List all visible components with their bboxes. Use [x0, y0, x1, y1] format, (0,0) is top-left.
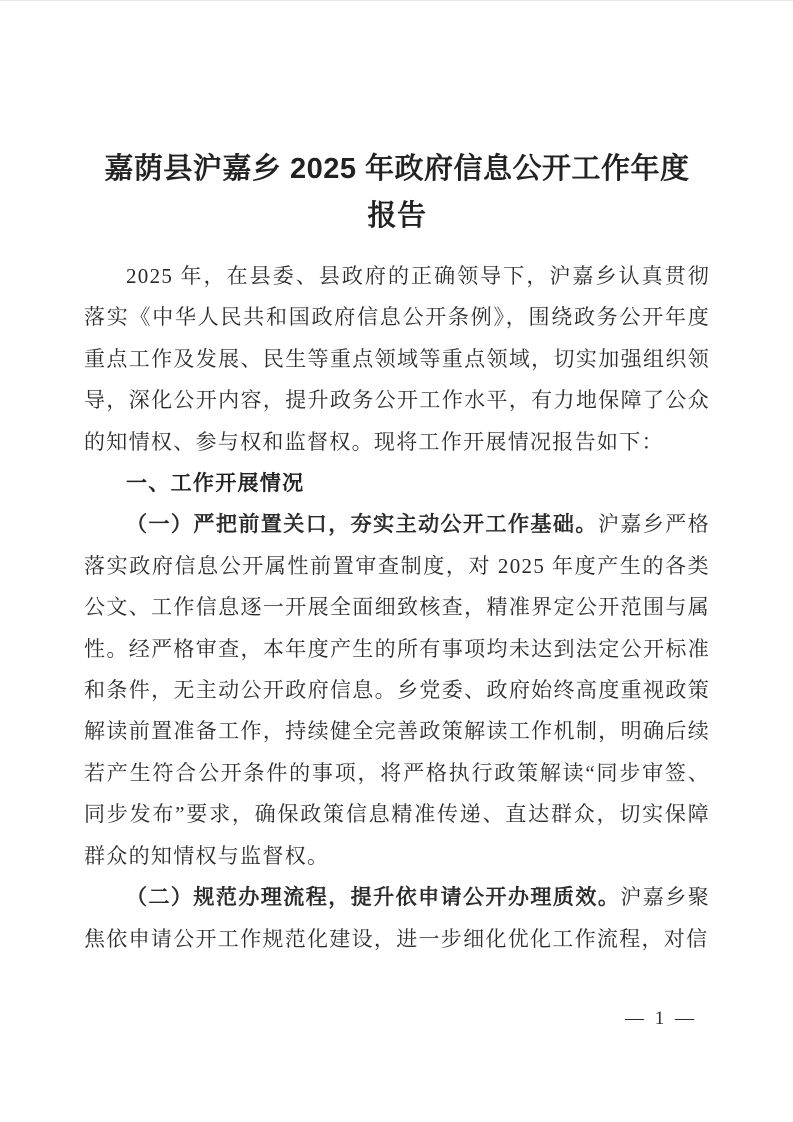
document-page: 嘉荫县沪嘉乡 2025 年政府信息公开工作年度报告 2025 年，在县委、县政府… [0, 0, 793, 1122]
paragraph: （二）规范办理流程，提升依申请公开办理质效。沪嘉乡聚焦依申请公开工作规范化建设，… [84, 877, 710, 960]
section-heading: 一、工作开展情况 [84, 463, 710, 504]
paragraph: （一）严把前置关口，夯实主动公开工作基础。沪嘉乡严格落实政府信息公开属性前置审查… [84, 504, 710, 877]
document-body: 2025 年，在县委、县政府的正确领导下，沪嘉乡认真贯彻落实《中华人民共和国政府… [84, 256, 710, 960]
paragraph-lead: （一）严把前置关口，夯实主动公开工作基础。 [126, 512, 598, 536]
document-title: 嘉荫县沪嘉乡 2025 年政府信息公开工作年度报告 [97, 146, 697, 240]
page-number: — 1 — [625, 1008, 697, 1030]
paragraph-lead: （二）规范办理流程，提升依申请公开办理质效。 [126, 885, 620, 909]
paragraph: 2025 年，在县委、县政府的正确领导下，沪嘉乡认真贯彻落实《中华人民共和国政府… [84, 256, 710, 463]
paragraph-text: 沪嘉乡严格落实政府信息公开属性前置审查制度，对 2025 年度产生的各类公文、工… [84, 512, 710, 867]
